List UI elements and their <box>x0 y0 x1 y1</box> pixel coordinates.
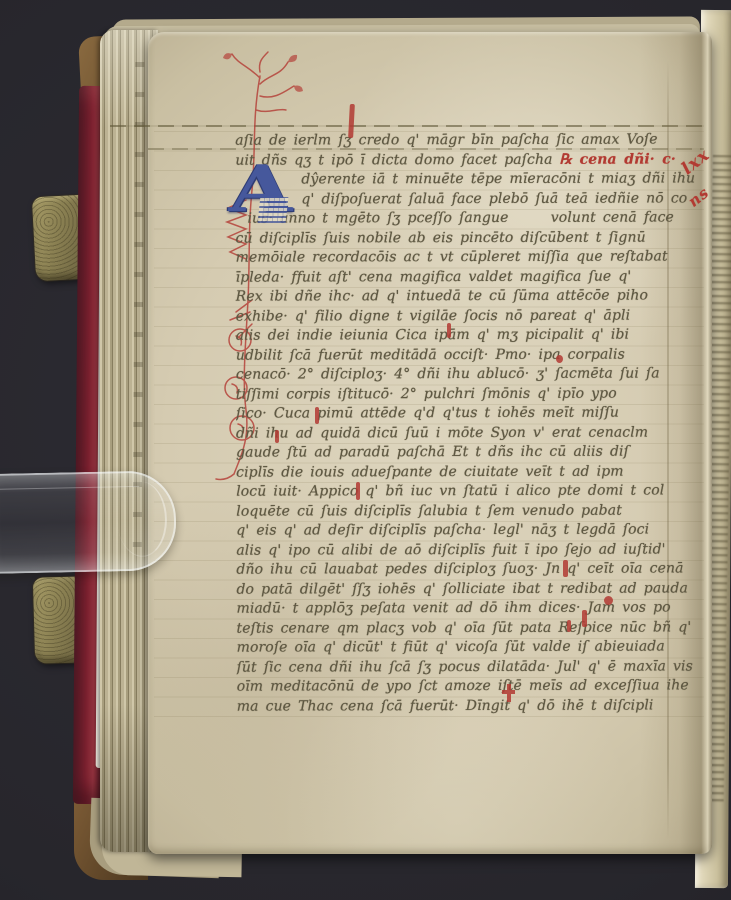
manuscript-line: memōiale recordacōis ac t vt cūpleret mi… <box>236 247 708 268</box>
rubrication-mark <box>275 430 279 443</box>
manuscript-line: locū iuit· Appico q' bñ iuc vn ſtatū i a… <box>236 481 708 502</box>
manuscript-line: oīm meditacōnū de ypo ſct amoze iſtē meī… <box>237 676 709 697</box>
rubrication-mark <box>563 560 568 577</box>
manuscript-line: tiſſimi corpis iſtitucō· 2° pulchri ſmōn… <box>236 384 708 405</box>
manuscript-line: alis q' ipo cū alibi de aō diſciplīs fui… <box>236 540 708 561</box>
manuscript-line: do patā dilgēt' ſſʒ iohēs q' ſolliciate … <box>236 579 708 600</box>
manuscript-line: udbilit ſcā fuerūt meditādā occiſt· Pmo·… <box>236 345 708 366</box>
manuscript-line: aſia de ierlm ſʒ credo q' māgr bīn paſch… <box>235 130 707 151</box>
manuscript-line: ma cue Thac cena ſcā fuerūt· Dīngit q' d… <box>237 696 709 717</box>
manuscript-line: miadū· t applōʒ peſata venit ad dō ihm d… <box>236 598 708 619</box>
manuscript-line: Rex ibi dñe ihc· ad q' intuedā te cū ſūm… <box>236 286 708 307</box>
photo-stage: A aſia de ierlm ſʒ credo q' māgr bīn paſ… <box>0 0 731 900</box>
initial-hatch-pattern <box>258 197 289 223</box>
rubrication-mark <box>356 482 360 500</box>
manuscript-line: loquēte cū ſuis diſciplīs ſalubia t ſem … <box>236 501 708 522</box>
manuscript-line: cū diſciplīs ſuis nobile ab eis pincēto … <box>235 228 707 249</box>
manuscript-line: īpleda· ffuit aſt' cena magifica valdet … <box>236 267 708 288</box>
rubric-text: ℞ cena dñi· c· <box>559 151 675 167</box>
manuscript-line: ciplīs die iouis adueſpante de ciuitate … <box>236 462 708 483</box>
manuscript-line: ius· anno t mgēto ſʒ pceſſo ſangue volun… <box>235 208 707 229</box>
rubrication-mark <box>582 610 587 627</box>
manuscript-line: dño ihu cū lauabat pedes diſciploʒ ſuoʒ·… <box>236 559 708 580</box>
manuscript-line: alis dei indie ieiunia Cica ipām q' mʒ p… <box>236 325 708 346</box>
rubrication-mark <box>556 355 563 363</box>
manuscript-line: gaude ſtū ad paradū paſchā Et t dñs ihc … <box>236 442 708 463</box>
rubrication-mark <box>315 407 319 424</box>
rubrication-mark <box>567 620 571 632</box>
manuscript-line: exhibe· q' filio digne t vigilāe ſocis n… <box>236 306 708 327</box>
manuscript-line: q' eis q' ad deſir diſciplīs paſcha· leg… <box>236 520 708 541</box>
text-block: aſia de ierlm ſʒ credo q' māgr bīn paſch… <box>235 130 709 716</box>
manuscript-line: moroſe oīa q' dicūt' t fiūt q' vicoſa ſū… <box>237 637 709 658</box>
manuscript-line: uit dñs qʒ t ipō ī dicta domo facet paſc… <box>235 150 707 171</box>
top-ruling-line <box>110 125 704 127</box>
manuscript-line: q' diſpoſuerat ſaluā face plebō ſuā teā … <box>235 189 707 210</box>
manuscript-line: cenacō· 2° diſciploʒ· 4° dñi ihu ablucō·… <box>236 364 708 385</box>
manuscript-line: dñi ihu ad quidā dicū ſuū i mōte Syon v'… <box>236 423 708 444</box>
rubrication-mark <box>447 323 451 338</box>
manuscript-line: ſico· Cuca pimū attēde q'd q'tus t iohēs… <box>236 403 708 424</box>
manuscript-line: dŷerente iā t minuēte tēpe mīeracōni t m… <box>235 169 707 190</box>
rubrication-mark <box>502 684 515 702</box>
rubrication-mark <box>604 596 613 605</box>
manuscript-line: teſtis cenare qm placʒ vob q' oīa ſūt pa… <box>237 618 709 639</box>
page-holder-strip <box>0 470 177 574</box>
manuscript-line: ſūt ſic cena dñi ihu ſcā ſʒ pocus dilatā… <box>237 657 709 678</box>
